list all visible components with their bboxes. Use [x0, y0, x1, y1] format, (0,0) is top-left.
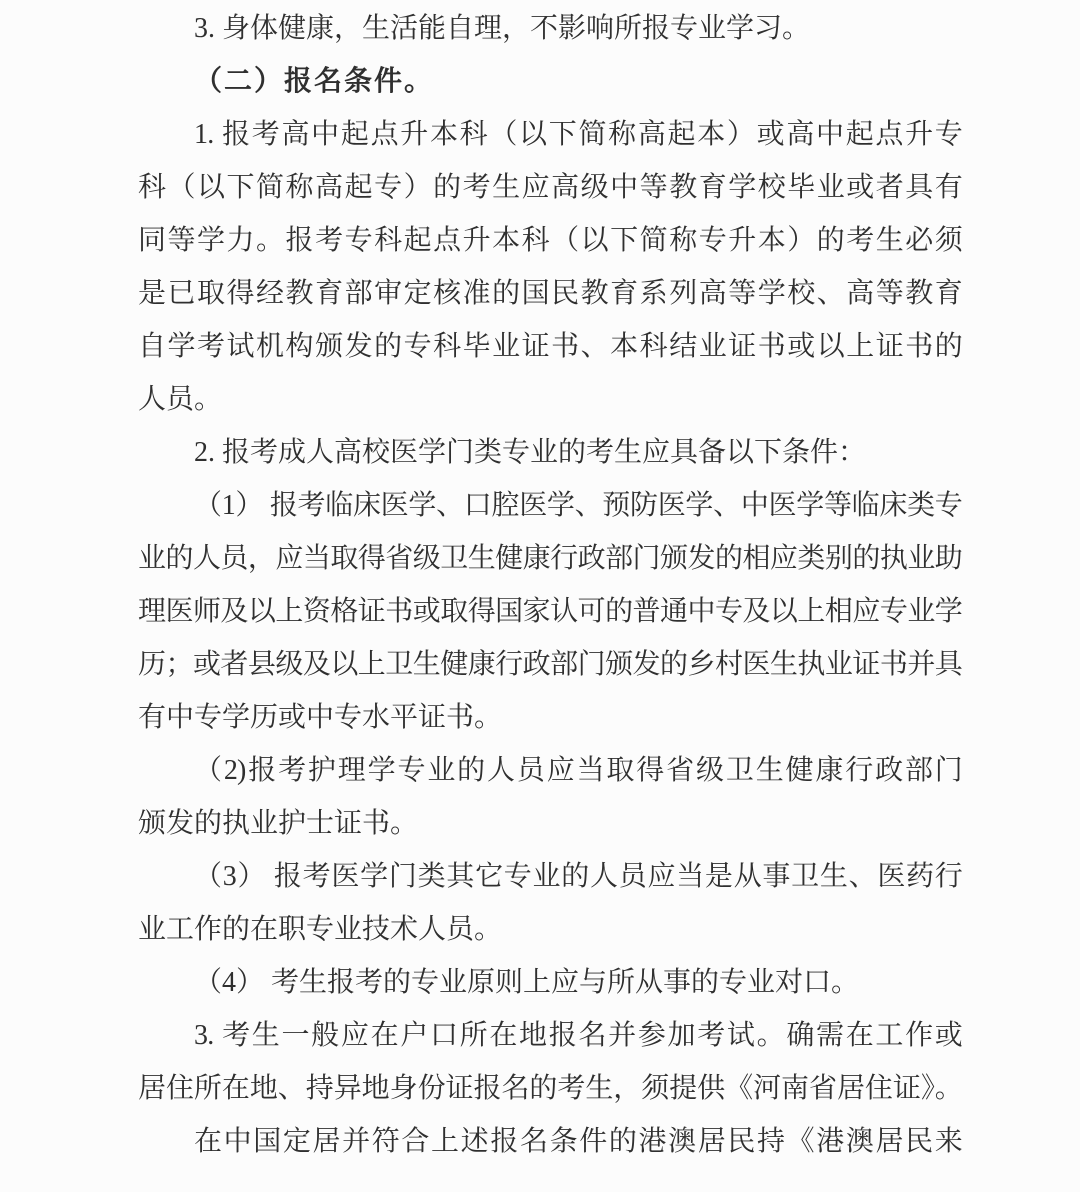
- document-line: （4） 考生报考的专业原则上应与所从事的专业对口。: [138, 956, 962, 1009]
- document-line: 在中国定居并符合上述报名条件的港澳居民持《港澳居民来: [138, 1115, 962, 1168]
- document-page: 3. 身体健康，生活能自理，不影响所报专业学习。（二）报名条件。1. 报考高中起…: [0, 0, 1080, 1192]
- document-line: （3） 报考医学门类其它专业的人员应当是从事卫生、医药行: [138, 850, 962, 903]
- document-line: 历；或者县级及以上卫生健康行政部门颁发的乡村医生执业证书并具: [138, 638, 962, 691]
- document-line: 颁发的执业护士证书。: [138, 797, 962, 850]
- document-line: 有中专学历或中专水平证书。: [138, 691, 962, 744]
- document-line: 科（以下简称高起专）的考生应高级中等教育学校毕业或者具有: [138, 161, 962, 214]
- document-line: 业工作的在职专业技术人员。: [138, 903, 962, 956]
- document-line: 业的人员，应当取得省级卫生健康行政部门颁发的相应类别的执业助: [138, 532, 962, 585]
- document-line: 居住所在地、持异地身份证报名的考生，须提供《河南省居住证》。: [138, 1062, 962, 1115]
- document-line: （二）报名条件。: [138, 55, 962, 108]
- document-line: 1. 报考高中起点升本科（以下简称高起本）或高中起点升专: [138, 108, 962, 161]
- document-line: 3. 身体健康，生活能自理，不影响所报专业学习。: [138, 2, 962, 55]
- document-line: 2. 报考成人高校医学门类专业的考生应具备以下条件：: [138, 426, 962, 479]
- document-line: 理医师及以上资格证书或取得国家认可的普通中专及以上相应专业学: [138, 585, 962, 638]
- document-line: 同等学力。报考专科起点升本科（以下简称专升本）的考生必须: [138, 214, 962, 267]
- document-line: 3. 考生一般应在户口所在地报名并参加考试。确需在工作或: [138, 1009, 962, 1062]
- document-line: 是已取得经教育部审定核准的国民教育系列高等学校、高等教育: [138, 267, 962, 320]
- document-line: （2)报考护理学专业的人员应当取得省级卫生健康行政部门: [138, 744, 962, 797]
- document-line: （1） 报考临床医学、口腔医学、预防医学、中医学等临床类专: [138, 479, 962, 532]
- document-line: 自学考试机构颁发的专科毕业证书、本科结业证书或以上证书的: [138, 320, 962, 373]
- document-line: 人员。: [138, 373, 962, 426]
- text-block: 3. 身体健康，生活能自理，不影响所报专业学习。（二）报名条件。1. 报考高中起…: [138, 2, 962, 1168]
